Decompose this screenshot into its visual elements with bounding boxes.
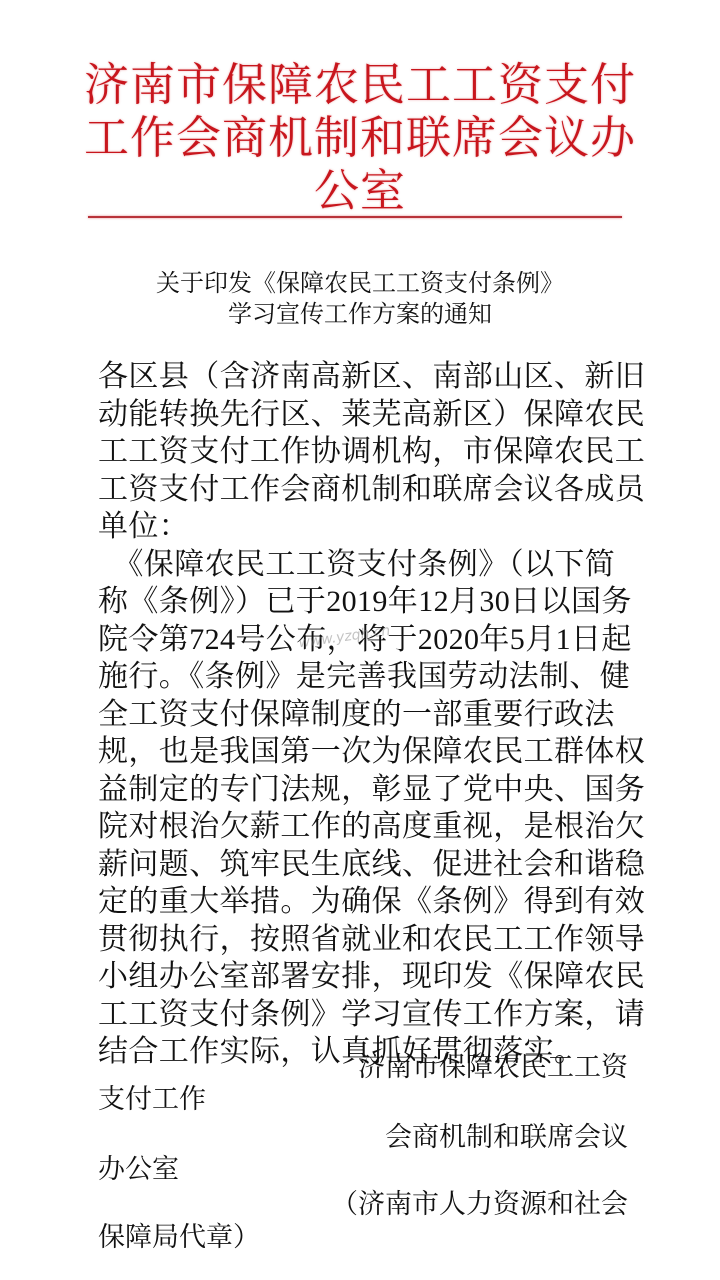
signature-line: 保障局代章） bbox=[98, 1218, 628, 1258]
body-line: 益制定的专门法规，彰显了党中央、国务 bbox=[98, 771, 638, 809]
body-line: 工工资支付工作协调机构，市保障农民工 bbox=[98, 433, 638, 471]
body-line: 《保障农民工工资支付条例》（以下简 bbox=[98, 546, 638, 584]
body-line: 小组办公室部署安排，现印发《保障农民 bbox=[98, 958, 638, 996]
title-line: 工作会商机制和联席会议办 bbox=[80, 111, 640, 164]
signature-line: 支付工作 bbox=[98, 1080, 628, 1120]
body-line: 院对根治欠薪工作的高度重视，是根治欠 bbox=[98, 808, 638, 846]
subtitle-line: 学习宣传工作方案的通知 bbox=[80, 299, 640, 330]
body-line: 规，也是我国第一次为保障农民工群体权 bbox=[98, 733, 638, 771]
body-line: 全工资支付保障制度的一部重要行政法 bbox=[98, 696, 638, 734]
subtitle-line: 关于印发《保障农民工工资支付条例》 bbox=[80, 268, 640, 299]
title-line: 济南市保障农民工工资支付 bbox=[80, 58, 640, 111]
body-line: 定的重大举措。为确保《条例》得到有效 bbox=[98, 883, 638, 921]
body-line: 薪问题、筑牢民生底线、促进社会和谐稳 bbox=[98, 846, 638, 884]
body-line: 施行。《条例》是完善我国劳动法制、健 bbox=[98, 658, 638, 696]
body-line: 工工资支付条例》学习宣传工作方案，请 bbox=[98, 996, 638, 1034]
notice-body: 各区县（含济南高新区、南部山区、新旧 动能转换先行区、莱芜高新区）保障农民 工工… bbox=[98, 358, 638, 1071]
title-line: 公室 bbox=[80, 164, 640, 217]
signature-line: 办公室 bbox=[98, 1150, 628, 1190]
body-line: 称《条例》）已于2019年12月30日以国务 bbox=[98, 583, 638, 621]
body-line: 动能转换先行区、莱芜高新区）保障农民 bbox=[98, 396, 638, 434]
body-line: 院令第724号公布，将于2020年5月1日起 bbox=[98, 621, 638, 659]
body-line: 各区县（含济南高新区、南部山区、新旧 bbox=[98, 358, 638, 396]
body-line: 工资支付工作会商机制和联席会议各成员 bbox=[98, 471, 638, 509]
body-line: 贯彻执行，按照省就业和农民工工作领导 bbox=[98, 921, 638, 959]
issuing-authority-title: 济南市保障农民工工资支付 工作会商机制和联席会议办 公室 bbox=[80, 58, 640, 217]
body-line: 单位： bbox=[98, 508, 638, 546]
notice-subtitle: 关于印发《保障农民工工资支付条例》 学习宣传工作方案的通知 bbox=[80, 268, 640, 330]
red-divider bbox=[88, 216, 622, 218]
